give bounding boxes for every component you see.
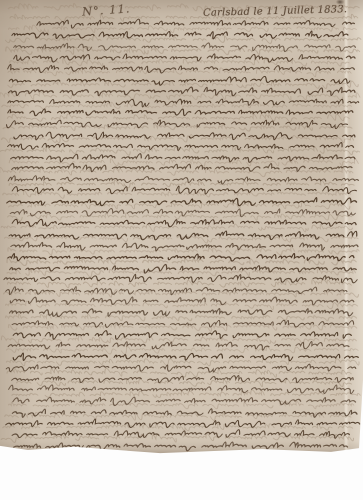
bleedthrough-line (2, 191, 352, 199)
bleedthrough-layer (0, 4, 362, 443)
bleedthrough-line (0, 336, 357, 344)
handwriting-line (7, 254, 355, 261)
bleedthrough-line (7, 322, 358, 331)
handwriting-line (10, 154, 357, 163)
bleedthrough-line (6, 213, 353, 221)
handwriting-line (6, 64, 355, 73)
bleedthrough-line (8, 180, 355, 188)
bleedthrough-line (10, 390, 361, 398)
handwriting-line (12, 397, 357, 405)
page-number: N°. 11. (82, 1, 131, 18)
bleedthrough-line (7, 25, 357, 33)
bleedthrough-line (4, 301, 358, 310)
bleedthrough-line (0, 167, 354, 176)
handwriting-line (9, 265, 358, 274)
handwriting-line (7, 109, 354, 116)
handwriting-line (12, 331, 353, 340)
bleedthrough-line (7, 68, 352, 77)
bleedthrough-line (6, 280, 352, 288)
handwriting-line (7, 143, 355, 151)
bleedthrough-line (6, 114, 350, 122)
bleedthrough-line (7, 201, 351, 209)
handwriting-line (11, 186, 357, 194)
bleedthrough-line (8, 59, 349, 66)
handwriting-line (5, 364, 357, 372)
bleedthrough-line (8, 159, 359, 167)
handwriting-line (11, 219, 357, 227)
handwriting-body (0, 0, 363, 455)
handwriting-line (5, 287, 349, 295)
bleedthrough-line (4, 36, 362, 44)
handwriting-line (11, 430, 351, 438)
handwriting-line (3, 274, 359, 283)
handwriting-line (5, 120, 348, 129)
bleedthrough-line (5, 359, 360, 366)
bleedthrough-line (0, 434, 355, 443)
handwriting-line (11, 31, 349, 39)
bleedthrough-line (0, 92, 361, 101)
handwriting-line (8, 76, 351, 85)
bleedthrough-line (6, 80, 359, 88)
bleedthrough-line (0, 146, 360, 155)
handwriting-line (5, 419, 361, 427)
bleedthrough-line (2, 290, 359, 298)
handwriting-line (9, 209, 356, 217)
handwriting-line (11, 409, 358, 418)
handwriting-line (9, 309, 354, 317)
handwriting-line (11, 320, 355, 327)
bleedthrough-line (1, 423, 353, 431)
ink-layer (3, 19, 361, 451)
bleedthrough-line (7, 401, 354, 409)
handwriting-line (12, 43, 356, 52)
bleedthrough-line (0, 224, 353, 232)
scanned-letter: N°. 11. Carlsbad le 11 Juillet 1833. (0, 0, 363, 500)
bleedthrough-line (6, 368, 353, 377)
bleedthrough-line (2, 124, 353, 131)
handwriting-line (12, 353, 359, 361)
bleedthrough-line (7, 247, 361, 255)
bleedthrough-line (6, 258, 357, 266)
bleedthrough-line (4, 314, 357, 321)
handwriting-line (6, 198, 358, 206)
bleedthrough-line (6, 268, 357, 277)
handwriting-line (7, 99, 360, 107)
bleedthrough-line (5, 347, 359, 355)
handwriting-line (7, 342, 350, 350)
handwriting-line (8, 87, 357, 96)
dateline: Carlsbad le 11 Juillet 1833. (203, 4, 348, 19)
handwriting-line (11, 376, 354, 383)
bleedthrough-line (0, 102, 352, 109)
handwriting-line (13, 54, 357, 62)
handwriting-line (36, 19, 356, 28)
handwriting-line (9, 297, 355, 305)
handwriting-line (11, 163, 353, 171)
handwriting-line (7, 176, 359, 184)
bleedthrough-line (4, 412, 352, 420)
handwriting-line (8, 231, 358, 240)
bleedthrough-line (5, 47, 361, 55)
handwriting-line (13, 442, 349, 451)
letter-page: N°. 11. Carlsbad le 11 Juillet 1833. (0, 0, 363, 455)
handwriting-line (7, 385, 355, 394)
handwriting-line (13, 132, 356, 140)
bleedthrough-line (15, 379, 352, 387)
bleedthrough-line (0, 134, 354, 142)
handwriting-line (10, 242, 360, 251)
bleedthrough-line (4, 235, 360, 243)
